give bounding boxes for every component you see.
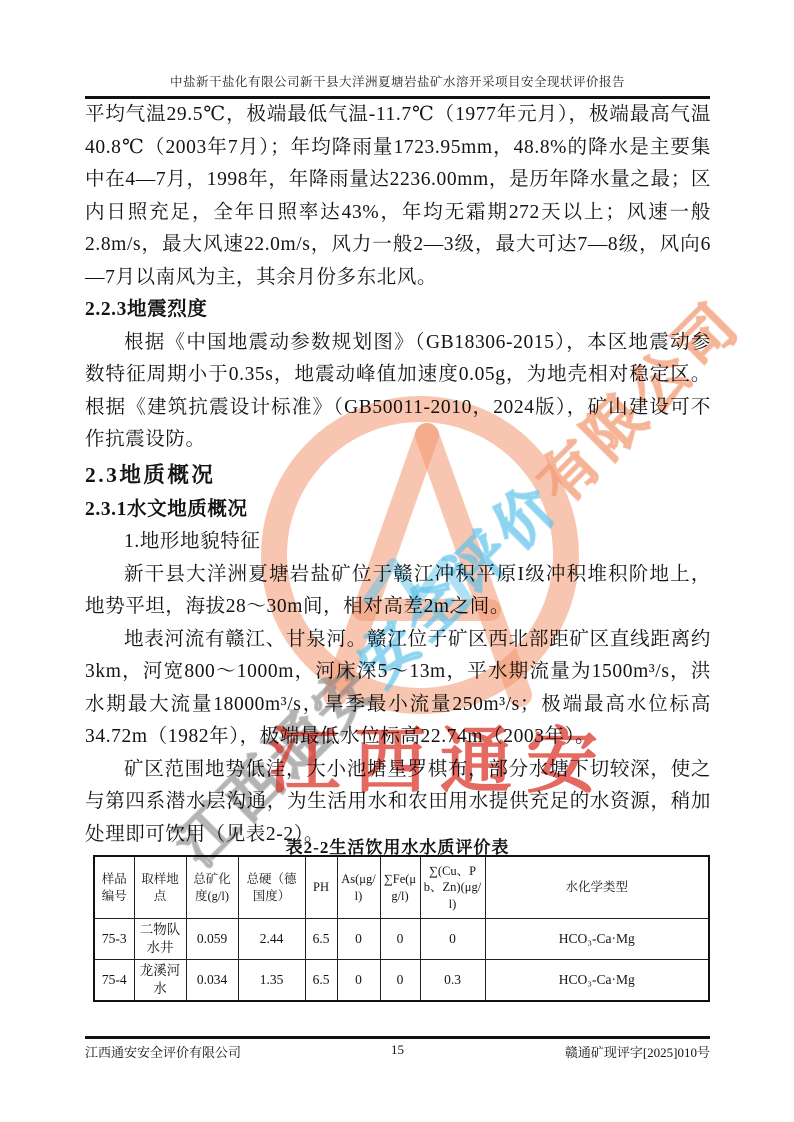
col-chem-type: 水化学类型 <box>485 856 709 919</box>
cell-hardness: 2.44 <box>238 919 305 960</box>
col-cu-pb-zn: ∑(Cu、Pb、Zn)(μg/l) <box>420 856 485 919</box>
col-fe: ∑Fe(μg/l) <box>380 856 420 919</box>
col-sample-location: 取样地点 <box>134 856 186 919</box>
col-as: As(μg/l) <box>337 856 380 919</box>
cell-ph: 6.5 <box>305 919 337 960</box>
cell-fe: 0 <box>380 960 420 1001</box>
paragraph-terrain: 新干县大洋洲夏塘岩盐矿位于赣江冲积平原I级冲积堆积阶地上，地势平坦，海拔28～3… <box>85 559 711 624</box>
table-row: 75-4 龙溪河水 0.034 1.35 6.5 0 0 0.3 HCO₃-Ca… <box>94 960 709 1001</box>
cell-mineralization: 0.034 <box>186 960 238 1001</box>
cell-cu-pb-zn: 0 <box>420 919 485 960</box>
footer-company: 江西通安安全评价有限公司 <box>85 1042 241 1061</box>
paragraph-climate: 平均气温29.5℃，极端最低气温-11.7℃（1977年元月），极端最高气温40… <box>85 99 711 294</box>
cell-location: 龙溪河水 <box>134 960 186 1001</box>
heading-2-2-3: 2.2.3地震烈度 <box>85 294 711 327</box>
paragraph-rivers: 地表河流有赣江、甘泉河。赣江位于矿区西北部距矿区直线距离约3km，河宽800～1… <box>85 624 711 754</box>
footer-divider <box>85 1036 710 1039</box>
cell-location: 二物队水井 <box>134 919 186 960</box>
table-row: 75-3 二物队水井 0.059 2.44 6.5 0 0 0 HCO₃-Ca·… <box>94 919 709 960</box>
paragraph-earthquake: 根据《中国地震动参数规划图》（GB18306-2015），本区地震动参数特征周期… <box>85 327 711 457</box>
report-header-title: 中盐新干盐化有限公司新干县大洋洲夏塘岩盐矿水溶开采项目安全现状评价报告 <box>85 72 710 90</box>
cell-fe: 0 <box>380 919 420 960</box>
cell-sample-id: 75-4 <box>94 960 134 1001</box>
cell-as: 0 <box>337 919 380 960</box>
table-header-row: 样品编号 取样地点 总矿化度(g/l) 总硬（德国度） PH As(μg/l) … <box>94 856 709 919</box>
page-footer: 15 江西通安安全评价有限公司 赣通矿现评字[2025]010号 <box>85 1042 710 1061</box>
document-page: 中盐新干盐化有限公司新干县大洋洲夏塘岩盐矿水溶开采项目安全现状评价报告 平均气温… <box>0 0 794 1122</box>
cell-cu-pb-zn: 0.3 <box>420 960 485 1001</box>
col-sample-id: 样品编号 <box>94 856 134 919</box>
col-ph: PH <box>305 856 337 919</box>
cell-ph: 6.5 <box>305 960 337 1001</box>
cell-hardness: 1.35 <box>238 960 305 1001</box>
document-body: 平均气温29.5℃，极端最低气温-11.7℃（1977年元月），极端最高气温40… <box>85 99 711 851</box>
col-hardness: 总硬（德国度） <box>238 856 305 919</box>
heading-2-3-1: 2.3.1水文地质概况 <box>85 494 711 527</box>
col-mineralization: 总矿化度(g/l) <box>186 856 238 919</box>
cell-chem-type: HCO₃-Ca·Mg <box>485 960 709 1001</box>
cell-mineralization: 0.059 <box>186 919 238 960</box>
footer-doc-number: 赣通矿现评字[2025]010号 <box>565 1042 710 1061</box>
cell-as: 0 <box>337 960 380 1001</box>
water-quality-table: 样品编号 取样地点 总矿化度(g/l) 总硬（德国度） PH As(μg/l) … <box>93 855 710 1002</box>
cell-chem-type: HCO₃-Ca·Mg <box>485 919 709 960</box>
cell-sample-id: 75-3 <box>94 919 134 960</box>
heading-2-3: 2.3地质概况 <box>85 457 711 494</box>
subheading-terrain: 1.地形地貌特征 <box>85 526 711 559</box>
